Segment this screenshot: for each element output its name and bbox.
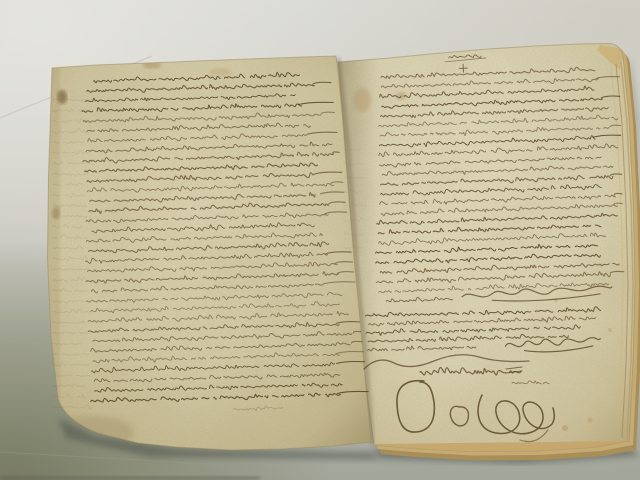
paper-stain <box>209 68 231 76</box>
foxing-spot <box>588 418 593 423</box>
foxing-spot <box>608 328 612 332</box>
foxing-spot <box>562 425 568 431</box>
right-page-texture <box>330 38 640 458</box>
paper-stain <box>353 88 371 112</box>
right-page <box>330 38 640 458</box>
photo-canvas <box>0 0 640 480</box>
manuscript-photo <box>0 0 640 480</box>
surface-edge-shadow <box>0 476 260 480</box>
